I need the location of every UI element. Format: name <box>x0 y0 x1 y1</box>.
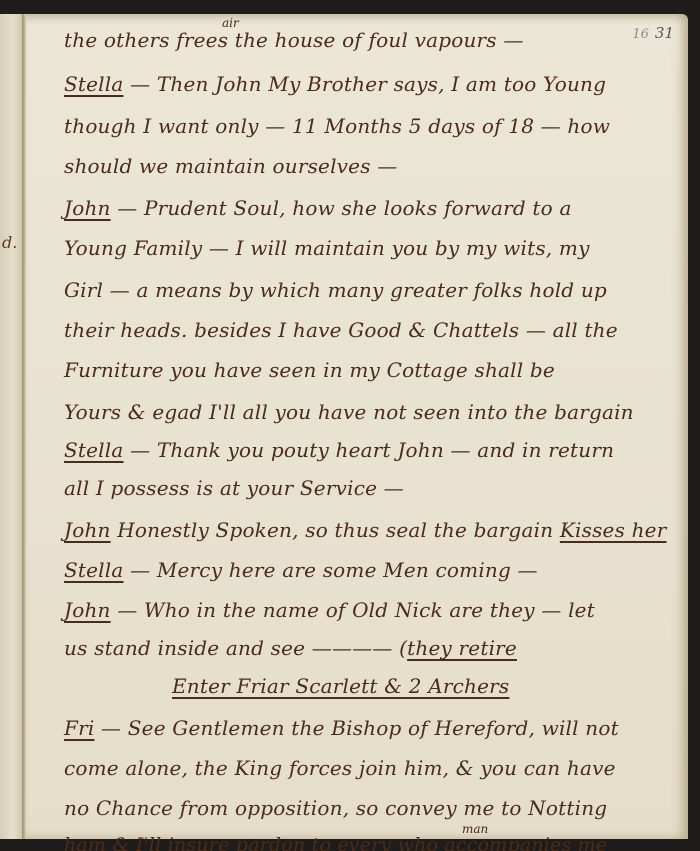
manuscript-line: John — Who in the name of Old Nick are t… <box>64 598 674 622</box>
manuscript-line: should we maintain ourselves — <box>64 154 674 178</box>
manuscript-line: Fri — See Gentlemen the Bishop of Herefo… <box>64 716 674 740</box>
manuscript-line: us stand inside and see ———— (they retir… <box>64 636 674 660</box>
manuscript-line: Stella — Mercy here are some Men coming … <box>64 558 674 582</box>
previous-page-edge: d. <box>0 14 23 839</box>
manuscript-line: Stella — Then John My Brother says, I am… <box>64 72 674 96</box>
manuscript-line: Enter Friar Scarlett & 2 Archers <box>172 674 674 698</box>
manuscript-page: 1631 air the others frees the house of f… <box>22 14 688 839</box>
manuscript-line: Furniture you have seen in my Cottage sh… <box>64 358 674 382</box>
manuscript-line: no Chance from opposition, so convey me … <box>64 796 674 820</box>
manuscript-line: John — Prudent Soul, how she looks forwa… <box>64 196 674 220</box>
speaker-name: Stella <box>64 72 124 96</box>
manuscript-line: John Honestly Spoken, so thus seal the b… <box>64 518 674 542</box>
speaker-name: John <box>64 196 111 220</box>
manuscript-line: their heads. besides I have Good & Chatt… <box>64 318 674 342</box>
manuscript-line: Young Family — I will maintain you by my… <box>64 236 674 260</box>
manuscript-line: Girl — a means by which many greater fol… <box>64 278 674 302</box>
page-gutter <box>22 14 26 839</box>
speaker-name: Stella <box>64 438 124 462</box>
manuscript-line: though I want only — 11 Months 5 days of… <box>64 114 674 138</box>
manuscript-line: Yours & egad I'll all you have not seen … <box>64 400 674 424</box>
stage-direction: Enter Friar Scarlett & 2 Archers <box>172 674 509 698</box>
manuscript-line: ham & I'll insure pardon to every who ac… <box>64 834 674 851</box>
speaker-name: Fri <box>64 716 94 740</box>
speaker-name: John <box>64 598 111 622</box>
manuscript-line: come alone, the King forces join him, & … <box>64 756 674 780</box>
speaker-name: Stella <box>64 558 124 582</box>
speaker-name: John <box>64 518 111 542</box>
manuscript-line: all I possess is at your Service — <box>64 476 674 500</box>
manuscript-line: Stella — Thank you pouty heart John — an… <box>64 438 674 462</box>
stage-direction: Kisses her <box>560 518 667 542</box>
margin-fragment: d. <box>2 233 17 252</box>
stage-direction: they retire <box>407 636 517 660</box>
manuscript-line: the others frees the house of foul vapou… <box>64 28 674 52</box>
